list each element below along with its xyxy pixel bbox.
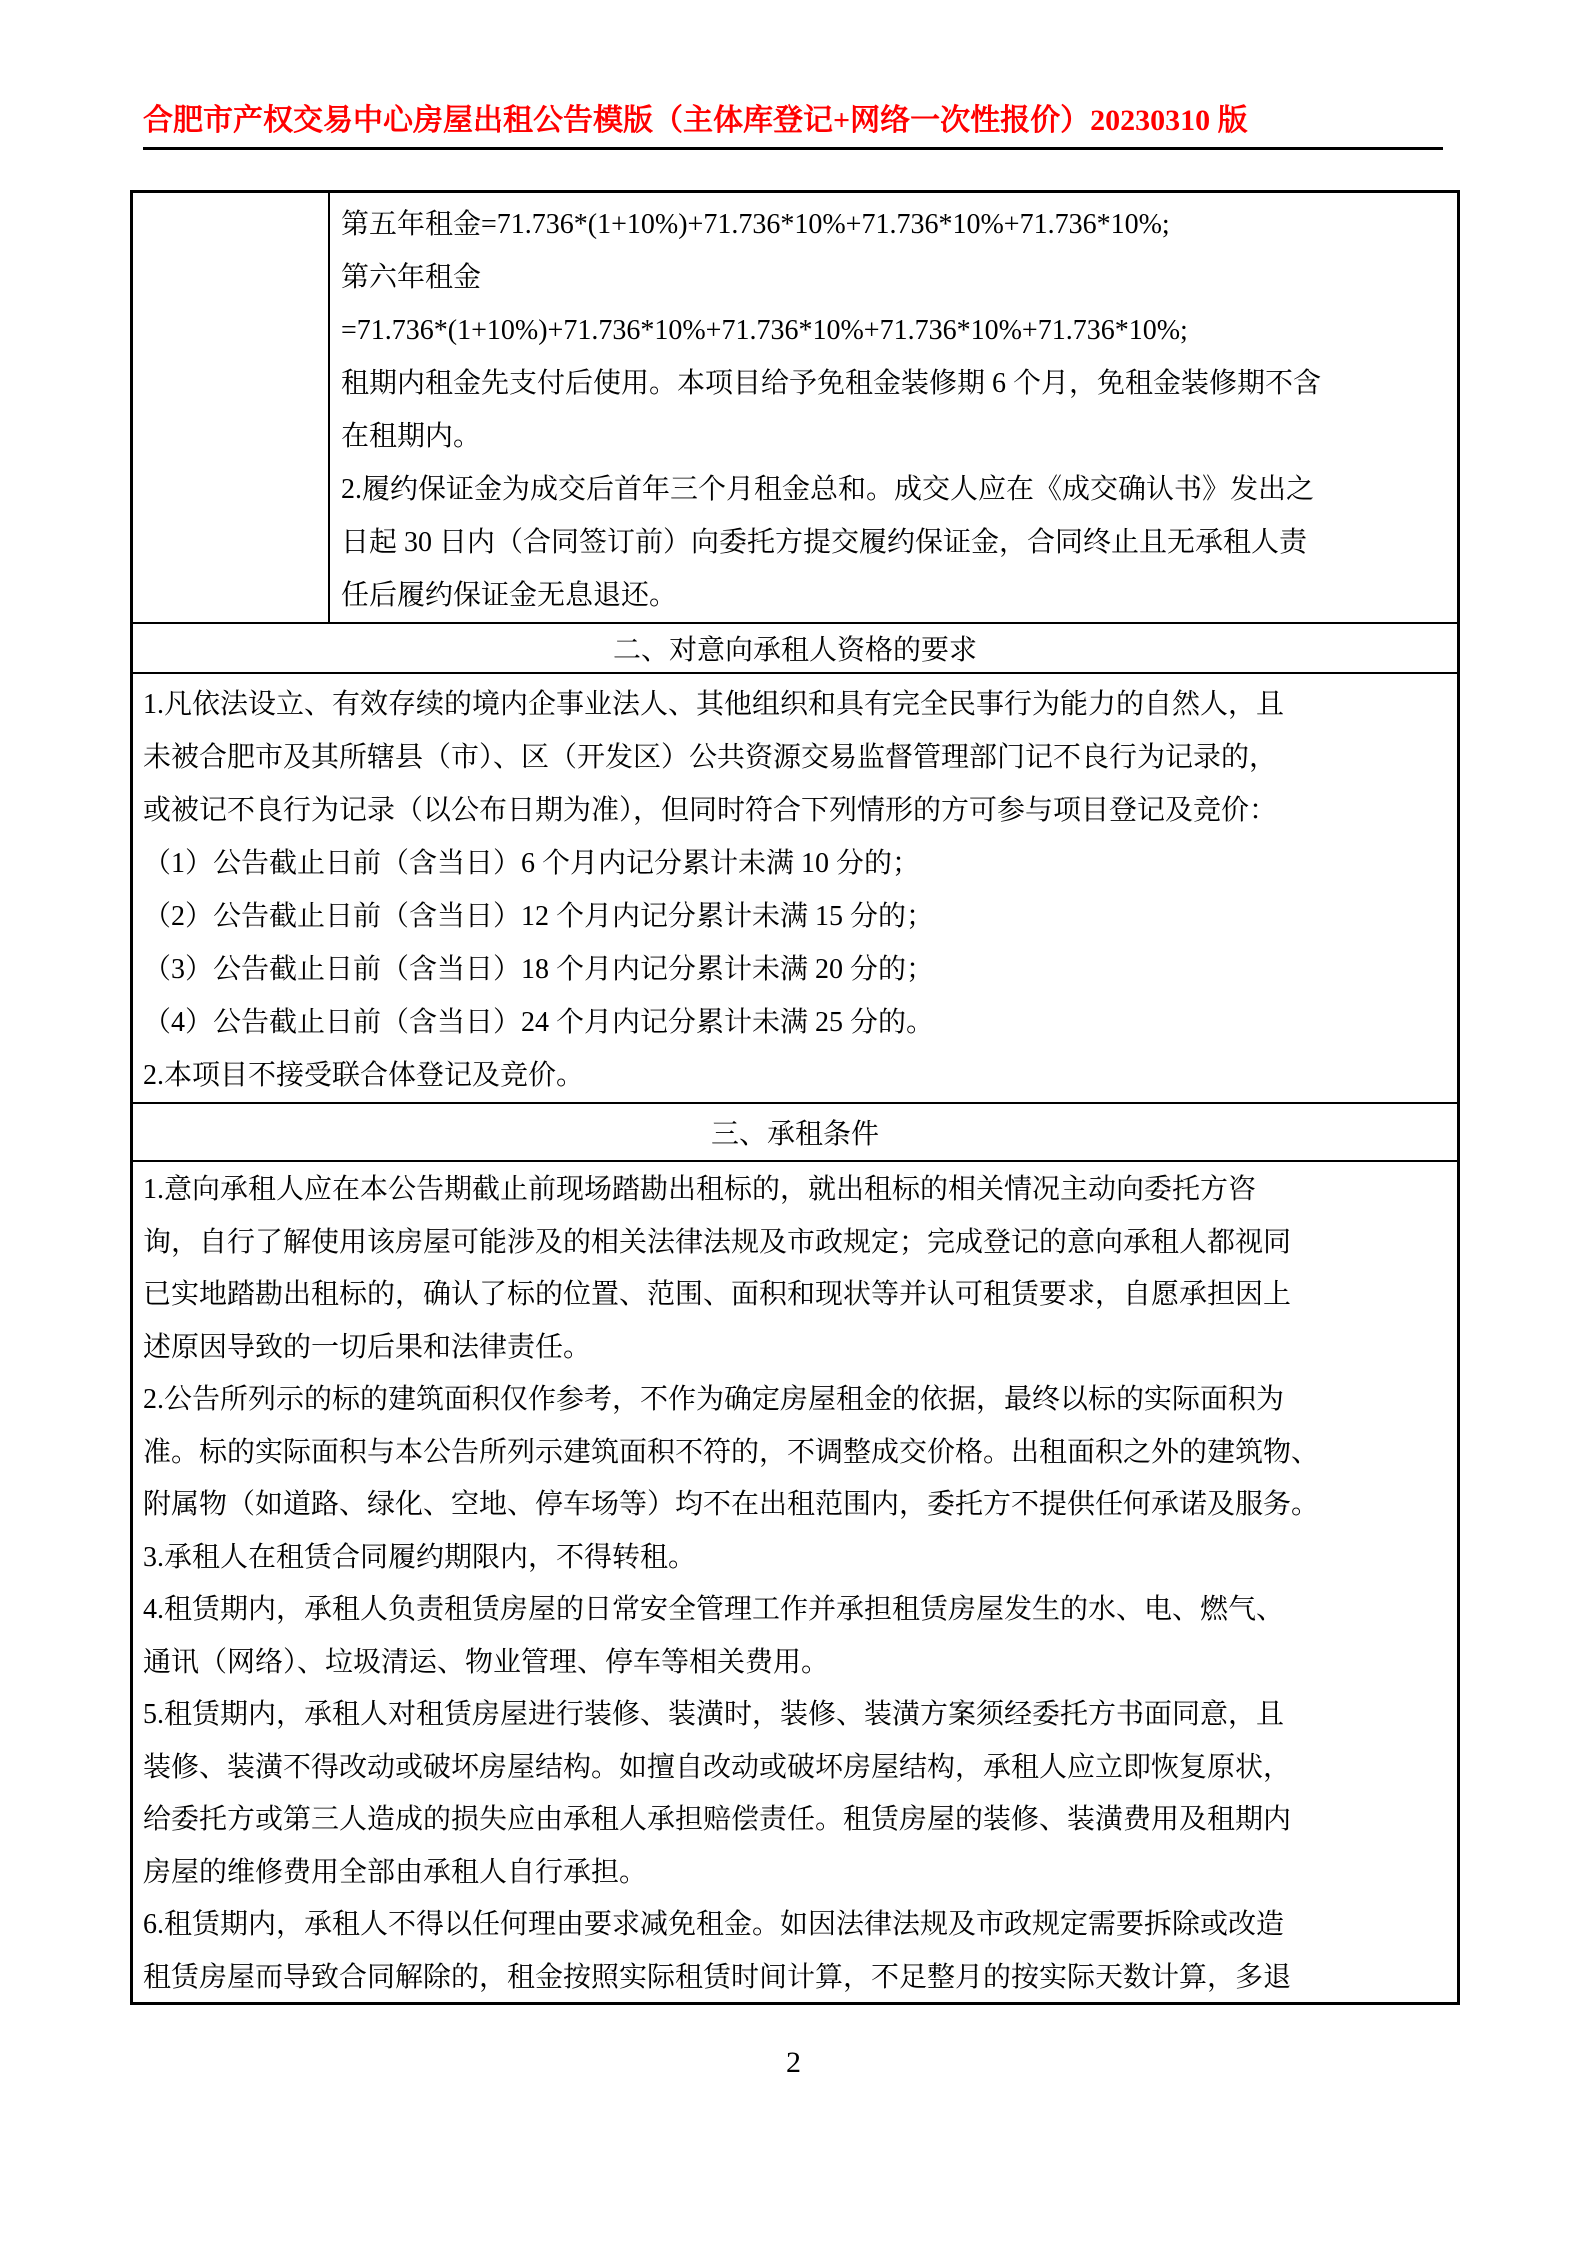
rent-terms-row: 第五年租金=71.736*(1+10%)+71.736*10%+71.736*1… [133,193,1457,622]
rent-terms-left-cell [133,193,330,622]
text-line: 1.凡依法设立、有效存续的境内企事业法人、其他组织和具有完全民事行为能力的自然人… [143,678,1449,731]
section3-content: 1.意向承租人应在本公告期截止前现场踏勘出租标的，就出租标的相关情况主动向委托方… [133,1160,1457,2002]
text-line: 日起 30 日内（合同签订前）向委托方提交履约保证金，合同终止且无承租人责 [341,516,1449,569]
text-line: 租期内租金先支付后使用。本项目给予免租金装修期 6 个月，免租金装修期不含 [341,357,1449,410]
section2-content: 1.凡依法设立、有效存续的境内企事业法人、其他组织和具有完全民事行为能力的自然人… [133,672,1457,1102]
announcement-table: 第五年租金=71.736*(1+10%)+71.736*10%+71.736*1… [130,190,1460,2005]
text-line: 给委托方或第三人造成的损失应由承租人承担赔偿责任。租赁房屋的装修、装潢费用及租期… [143,1794,1449,1847]
text-line: 2.履约保证金为成交后首年三个月租金总和。成交人应在《成交确认书》发出之 [341,463,1449,516]
text-line: 准。标的实际面积与本公告所列示建筑面积不符的，不调整成交价格。出租面积之外的建筑… [143,1427,1449,1480]
text-line: 2.公告所列示的标的建筑面积仅作参考，不作为确定房屋租金的依据，最终以标的实际面… [143,1374,1449,1427]
text-line: 3.承租人在租赁合同履约期限内，不得转租。 [143,1532,1449,1585]
text-line: （1）公告截止日前（含当日）6 个月内记分累计未满 10 分的； [143,837,1449,890]
text-line: 询，自行了解使用该房屋可能涉及的相关法律法规及市政规定；完成登记的意向承租人都视… [143,1217,1449,1270]
text-line: 在租期内。 [341,410,1449,463]
text-line: 未被合肥市及其所辖县（市）、区（开发区）公共资源交易监督管理部门记不良行为记录的… [143,731,1449,784]
text-line: 通讯（网络）、垃圾清运、物业管理、停车等相关费用。 [143,1637,1449,1690]
page-number: 2 [0,2046,1587,2080]
text-line: 1.意向承租人应在本公告期截止前现场踏勘出租标的，就出租标的相关情况主动向委托方… [143,1164,1449,1217]
text-line: 房屋的维修费用全部由承租人自行承担。 [143,1847,1449,1900]
text-line: 第五年租金=71.736*(1+10%)+71.736*10%+71.736*1… [341,198,1449,251]
text-line: =71.736*(1+10%)+71.736*10%+71.736*10%+71… [341,304,1449,357]
text-line: 6.租赁期内，承租人不得以任何理由要求减免租金。如因法律法规及市政规定需要拆除或… [143,1899,1449,1952]
text-line: 5.租赁期内，承租人对租赁房屋进行装修、装潢时，装修、装潢方案须经委托方书面同意… [143,1689,1449,1742]
text-line: 装修、装潢不得改动或破坏房屋结构。如擅自改动或破坏房屋结构，承租人应立即恢复原状… [143,1742,1449,1795]
text-line: 或被记不良行为记录（以公布日期为准），但同时符合下列情形的方可参与项目登记及竞价… [143,784,1449,837]
text-line: 4.租赁期内，承租人负责租赁房屋的日常安全管理工作并承担租赁房屋发生的水、电、燃… [143,1584,1449,1637]
text-line: 任后履约保证金无息退还。 [341,569,1449,622]
rent-terms-content-cell: 第五年租金=71.736*(1+10%)+71.736*10%+71.736*1… [330,193,1457,622]
text-line: 附属物（如道路、绿化、空地、停车场等）均不在出租范围内，委托方不提供任何承诺及服… [143,1479,1449,1532]
text-line: 2.本项目不接受联合体登记及竞价。 [143,1049,1449,1102]
text-line: （2）公告截止日前（含当日）12 个月内记分累计未满 15 分的； [143,890,1449,943]
document-title: 合肥市产权交易中心房屋出租公告模版（主体库登记+网络一次性报价）20230310… [143,101,1443,150]
text-line: 已实地踏勘出租标的，确认了标的位置、范围、面积和现状等并认可租赁要求，自愿承担因… [143,1269,1449,1322]
text-line: 租赁房屋而导致合同解除的，租金按照实际租赁时间计算，不足整月的按实际天数计算，多… [143,1952,1449,2003]
text-line: （4）公告截止日前（含当日）24 个月内记分累计未满 25 分的。 [143,996,1449,1049]
text-line: 第六年租金 [341,251,1449,304]
section3-header: 三、承租条件 [133,1102,1457,1160]
section2-header: 二、对意向承租人资格的要求 [133,622,1457,672]
text-line: 述原因导致的一切后果和法律责任。 [143,1322,1449,1375]
text-line: （3）公告截止日前（含当日）18 个月内记分累计未满 20 分的； [143,943,1449,996]
